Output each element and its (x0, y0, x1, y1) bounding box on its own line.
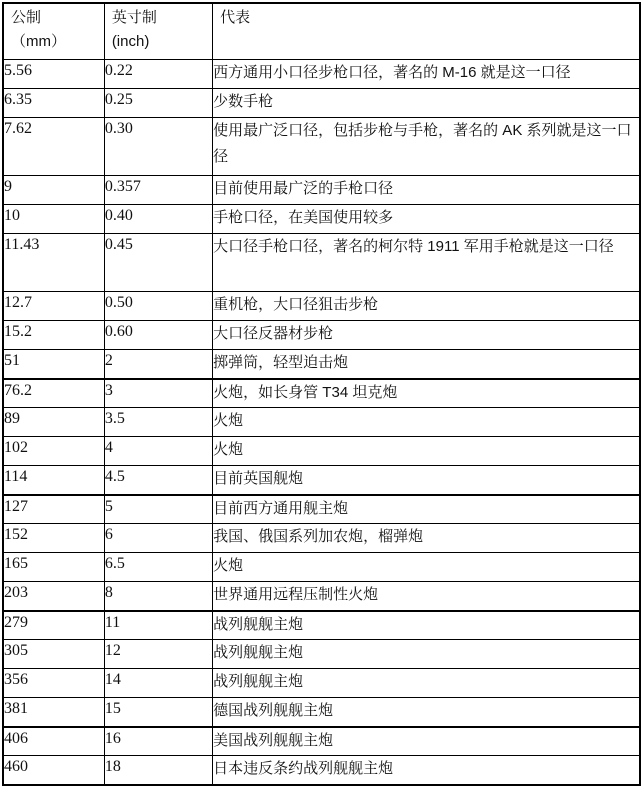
table-row: 6.35 0.25 少数手枪 (3, 89, 640, 118)
desc-cell: 我国、俄国系列加农炮，榴弹炮 (213, 524, 640, 553)
inch-cell: 12 (104, 640, 212, 669)
table-row: 15.2 0.60 大口径反器材步枪 (3, 321, 640, 350)
desc-cell: 手枪口径，在美国使用较多 (213, 205, 640, 234)
mm-cell: 9 (3, 176, 104, 205)
desc-cell: 少数手枪 (213, 89, 640, 118)
desc-cell: 世界通用远程压制性火炮 (213, 582, 640, 611)
table-row: 114 4.5 目前英国舰炮 (3, 466, 640, 495)
mm-cell: 51 (3, 350, 104, 379)
inch-cell: 3 (104, 379, 212, 408)
table-row: 165 6.5 火炮 (3, 553, 640, 582)
header-imperial-title: 英寸制 (105, 4, 212, 30)
mm-cell: 356 (3, 669, 104, 698)
caliber-table-body: 5.56 0.22 西方通用小口径步枪口径，著名的 M-16 就是这一口径 6.… (3, 60, 640, 785)
table-row: 102 4 火炮 (3, 437, 640, 466)
mm-cell: 152 (3, 524, 104, 553)
table-row: 5.56 0.22 西方通用小口径步枪口径，著名的 M-16 就是这一口径 (3, 60, 640, 89)
table-row: 127 5 目前西方通用舰主炮 (3, 495, 640, 524)
desc-cell: 火炮 (213, 553, 640, 582)
inch-cell: 6 (104, 524, 212, 553)
desc-cell: 德国战列舰舰主炮 (213, 698, 640, 727)
header-row: 公制 （mm） 英寸制 (inch) 代表 (3, 3, 640, 60)
mm-cell: 203 (3, 582, 104, 611)
table-row: 279 11 战列舰舰主炮 (3, 611, 640, 640)
desc-cell: 重机枪，大口径狙击步枪 (213, 292, 640, 321)
desc-cell: 战列舰舰主炮 (213, 669, 640, 698)
mm-cell: 6.35 (3, 89, 104, 118)
inch-cell: 0.45 (104, 234, 212, 292)
desc-cell: 战列舰舰主炮 (213, 640, 640, 669)
mm-cell: 11.43 (3, 234, 104, 292)
inch-cell: 0.40 (104, 205, 212, 234)
inch-cell: 0.25 (104, 89, 212, 118)
desc-cell: 战列舰舰主炮 (213, 611, 640, 640)
desc-cell: 掷弹筒，轻型迫击炮 (213, 350, 640, 379)
mm-cell: 76.2 (3, 379, 104, 408)
caliber-table: 公制 （mm） 英寸制 (inch) 代表 5.56 0.22 西方通用小口径步… (2, 2, 641, 786)
desc-cell: 火炮 (213, 408, 640, 437)
mm-cell: 165 (3, 553, 104, 582)
inch-cell: 2 (104, 350, 212, 379)
inch-cell: 4 (104, 437, 212, 466)
desc-cell: 美国战列舰舰主炮 (213, 727, 640, 756)
desc-cell: 西方通用小口径步枪口径，著名的 M-16 就是这一口径 (213, 60, 640, 89)
inch-cell: 8 (104, 582, 212, 611)
mm-cell: 279 (3, 611, 104, 640)
mm-cell: 460 (3, 756, 104, 785)
inch-cell: 16 (104, 727, 212, 756)
table-row: 406 16 美国战列舰舰主炮 (3, 727, 640, 756)
header-imperial: 英寸制 (inch) (104, 3, 212, 60)
header-meaning: 代表 (213, 3, 640, 60)
table-row: 11.43 0.45 大口径手枪口径，著名的柯尔特 1911 军用手枪就是这一口… (3, 234, 640, 292)
mm-cell: 89 (3, 408, 104, 437)
table-row: 9 0.357 目前使用最广泛的手枪口径 (3, 176, 640, 205)
header-imperial-unit: (inch) (105, 30, 212, 54)
table-row: 89 3.5 火炮 (3, 408, 640, 437)
table-row: 76.2 3 火炮，如长身管 T34 坦克炮 (3, 379, 640, 408)
inch-cell: 0.50 (104, 292, 212, 321)
mm-cell: 381 (3, 698, 104, 727)
inch-cell: 18 (104, 756, 212, 785)
mm-cell: 5.56 (3, 60, 104, 89)
inch-cell: 0.357 (104, 176, 212, 205)
table-row: 12.7 0.50 重机枪，大口径狙击步枪 (3, 292, 640, 321)
mm-cell: 406 (3, 727, 104, 756)
caliber-table-header: 公制 （mm） 英寸制 (inch) 代表 (3, 3, 640, 60)
desc-cell: 使用最广泛口径，包括步枪与手枪，著名的 AK 系列就是这一口径 (213, 118, 640, 176)
inch-cell: 14 (104, 669, 212, 698)
table-row: 460 18 日本违反条约战列舰舰主炮 (3, 756, 640, 785)
document-page: 公制 （mm） 英寸制 (inch) 代表 5.56 0.22 西方通用小口径步… (0, 0, 643, 786)
table-row: 305 12 战列舰舰主炮 (3, 640, 640, 669)
desc-cell: 目前使用最广泛的手枪口径 (213, 176, 640, 205)
table-row: 7.62 0.30 使用最广泛口径，包括步枪与手枪，著名的 AK 系列就是这一口… (3, 118, 640, 176)
mm-cell: 305 (3, 640, 104, 669)
inch-cell: 0.60 (104, 321, 212, 350)
table-row: 10 0.40 手枪口径，在美国使用较多 (3, 205, 640, 234)
mm-cell: 12.7 (3, 292, 104, 321)
inch-cell: 6.5 (104, 553, 212, 582)
desc-cell: 目前英国舰炮 (213, 466, 640, 495)
desc-cell: 大口径手枪口径，著名的柯尔特 1911 军用手枪就是这一口径 (213, 234, 640, 292)
mm-cell: 15.2 (3, 321, 104, 350)
table-row: 356 14 战列舰舰主炮 (3, 669, 640, 698)
desc-cell: 大口径反器材步枪 (213, 321, 640, 350)
inch-cell: 4.5 (104, 466, 212, 495)
table-row: 203 8 世界通用远程压制性火炮 (3, 582, 640, 611)
desc-cell: 火炮，如长身管 T34 坦克炮 (213, 379, 640, 408)
mm-cell: 102 (3, 437, 104, 466)
desc-cell: 日本违反条约战列舰舰主炮 (213, 756, 640, 785)
inch-cell: 0.30 (104, 118, 212, 176)
mm-cell: 114 (3, 466, 104, 495)
mm-cell: 7.62 (3, 118, 104, 176)
inch-cell: 0.22 (104, 60, 212, 89)
desc-cell: 火炮 (213, 437, 640, 466)
inch-cell: 15 (104, 698, 212, 727)
table-row: 152 6 我国、俄国系列加农炮，榴弹炮 (3, 524, 640, 553)
table-row: 381 15 德国战列舰舰主炮 (3, 698, 640, 727)
header-meaning-title: 代表 (213, 4, 639, 30)
header-metric-title: 公制 (4, 4, 104, 30)
mm-cell: 127 (3, 495, 104, 524)
mm-cell: 10 (3, 205, 104, 234)
inch-cell: 11 (104, 611, 212, 640)
table-row: 51 2 掷弹筒，轻型迫击炮 (3, 350, 640, 379)
inch-cell: 3.5 (104, 408, 212, 437)
header-metric: 公制 （mm） (3, 3, 104, 60)
desc-cell: 目前西方通用舰主炮 (213, 495, 640, 524)
header-metric-unit: （mm） (4, 30, 104, 54)
inch-cell: 5 (104, 495, 212, 524)
